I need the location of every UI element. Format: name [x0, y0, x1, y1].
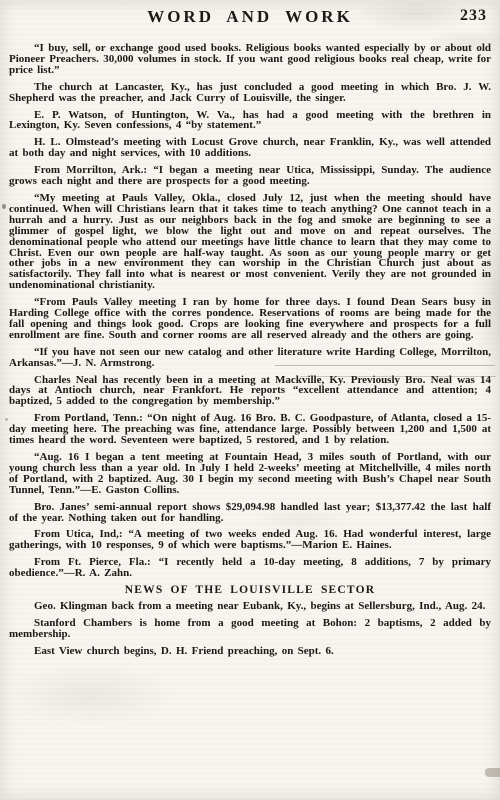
publication-title: WORD AND WORK — [0, 7, 500, 27]
paragraph: East View church begins, D. H. Friend pr… — [9, 646, 491, 657]
masthead: WORD AND WORK 233 — [0, 0, 500, 31]
paragraph: From Portland, Tenn.: “On night of Aug. … — [9, 413, 491, 446]
paragraph: “If you have not seen our new catalog an… — [9, 347, 491, 369]
paragraph: H. L. Olmstead’s meeting with Locust Gro… — [9, 137, 491, 159]
paragraph: Geo. Klingman back from a meeting near E… — [9, 601, 491, 612]
body-text: “I buy, sell, or exchange good used book… — [0, 31, 500, 657]
paragraph: “I buy, sell, or exchange good used book… — [9, 43, 491, 76]
scan-artifact-smudge — [485, 768, 500, 777]
paragraph: “From Pauls Valley meeting I ran by home… — [9, 297, 491, 341]
paragraph: Stanford Chambers is home from a good me… — [9, 618, 491, 640]
paragraph: From Ft. Pierce, Fla.: “I recently held … — [9, 557, 491, 579]
paragraph: E. P. Watson, of Huntington, W. Va., has… — [9, 110, 491, 132]
paragraph: The church at Lancaster, Ky., has just c… — [9, 82, 491, 104]
paragraph: Bro. Janes’ semi-annual report shows $29… — [9, 502, 491, 524]
scanned-page: WORD AND WORK 233 “I buy, sell, or excha… — [0, 0, 500, 800]
paragraph: “My meeting at Pauls Valley, Okla., clos… — [9, 193, 491, 291]
paragraph: Charles Neal has recently been in a meet… — [9, 375, 491, 408]
page-number: 233 — [460, 7, 487, 25]
paragraph: From Utica, Ind,: “A meeting of two week… — [9, 529, 491, 551]
section-heading: NEWS OF THE LOUISVILLE SECTOR — [9, 585, 491, 596]
paragraph: From Morrilton, Ark.: “I began a meeting… — [9, 165, 491, 187]
paragraph: “Aug. 16 I began a tent meeting at Fount… — [9, 452, 491, 496]
